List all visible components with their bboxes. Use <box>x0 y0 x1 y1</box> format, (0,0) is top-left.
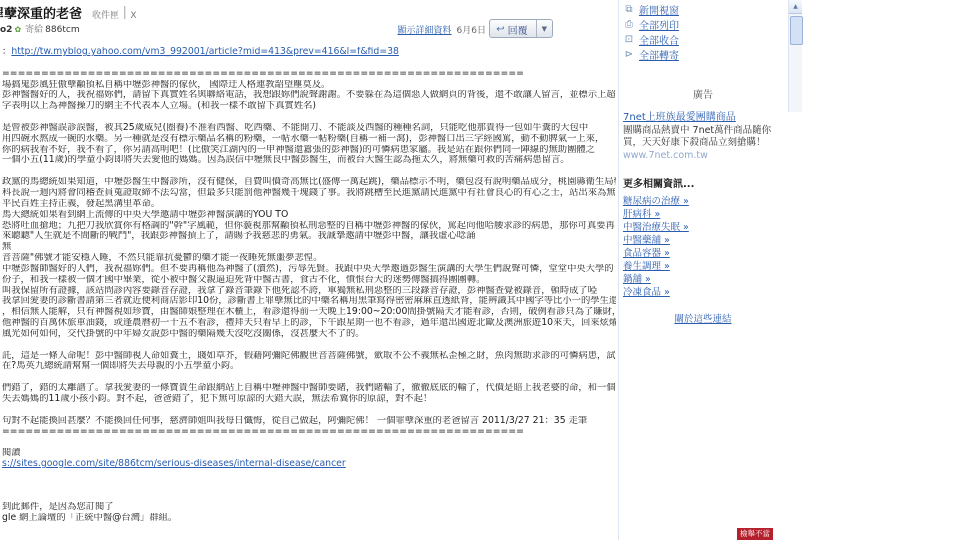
email-body-line <box>2 112 616 123</box>
email-body-line <box>2 340 616 351</box>
remove-label-button[interactable]: X <box>130 11 136 19</box>
sidebar-action: ⊳全部轉寄 <box>622 47 784 62</box>
body-url-link[interactable]: http://tw.myblog.yahoo.com/vm3_992001/ar… <box>11 47 399 57</box>
sidebar-action-link[interactable]: 新開視窗 <box>639 2 679 17</box>
email-body-line <box>2 492 616 503</box>
scrollbar-thumb[interactable] <box>790 16 803 45</box>
email-body-line: 句對不起能換回甚麼？不能換回任何事，慈濟師姐叫我每日懺悔，從自己做起，阿彌陀佛！… <box>2 416 616 427</box>
sender-name[interactable]: o2 <box>0 25 12 35</box>
print-icon: ⎙ <box>623 19 635 30</box>
sidebar-action-link[interactable]: 全部列印 <box>639 17 679 32</box>
email-body-line: 他神醫的百萬休旅車油錢，或逢農曆初一十五不看診，禮拜天只看早上的診，下午跟星期一… <box>2 318 616 329</box>
sidebar-actions: ⧉新開視窗⎙全部列印⊡全部收合⊳全部轉寄 <box>622 0 784 62</box>
meta-right: 顯示詳細資料6月6日 (7 天以前)✎ ↩回覆▼ <box>398 23 544 36</box>
reply-button-group: ↩回覆▼ <box>489 19 553 38</box>
related-link[interactable]: 中醫藥舖 » <box>623 234 784 247</box>
email-body-line: 平民百姓主持正義，發起黑溝里革命。 <box>2 199 616 210</box>
email-body-line: 字表明以上為神醫操刀的網主不代表本人立場。(和我一樣不敢留下真實姓名) <box>2 101 616 112</box>
reply-arrow-icon: ↩ <box>496 24 504 35</box>
sidebar-action: ⎙全部列印 <box>622 17 784 32</box>
email-body-line: 政黨的馬總統如果知道，中壢彭醫生中醫診所，沒有健保，自費叫價奇高無比(盛傳一萬起… <box>2 177 616 188</box>
sidebar-action-link[interactable]: 全部收合 <box>639 32 679 47</box>
subject-row: 罪孽深重的老爸收件匣|X <box>0 3 615 19</box>
email-body-line <box>2 166 616 177</box>
label-separator: | <box>122 3 127 19</box>
ad-title-link[interactable]: 7net上班族最愛團購商品 <box>623 112 736 123</box>
reply-label: 回覆 <box>508 22 528 37</box>
email-body-line: 們錯了，錯的太離譜了。拿我愛妻的一條寶貴生命跟網站上自稱中壢神醫中醫師要賭，我們… <box>2 383 616 394</box>
email-body-line <box>2 372 616 383</box>
sidebar: ⧉新開視窗⎙全部列印⊡全部收合⊳全部轉寄 廣告 7net上班族最愛團購商品 團購… <box>622 0 784 540</box>
email-body-line: 是曾被彭神醫誤診誤醫，被其25歲威兒(圈養)不准看西醫、吃西藥、不能開刀、不能談… <box>2 123 616 134</box>
email-body-line: 彭神醫醫好的人，我祝福妳們，請留下真實姓名與聯絡電話，我想跟妳們說聲謝謝。不要躲… <box>2 90 616 101</box>
sidebar-action: ⧉新開視窗 <box>622 2 784 17</box>
email-body-line: ========================================… <box>2 69 616 80</box>
sidebar-scrollbar[interactable]: ▲ <box>788 0 802 112</box>
inbox-label: 收件匣 <box>92 11 119 19</box>
email-body-line: 我拿回愛妻的診斷書請第三者就近便利商店影印10份，診斷書上罪孽無比的中藥名稱用黑… <box>2 296 616 307</box>
panel-divider <box>618 0 619 540</box>
email-body-line <box>2 470 616 481</box>
email-body-line: ：http://tw.myblog.yahoo.com/vm3_992001/a… <box>2 47 616 58</box>
email-body-line: 叫我保留所有證據，該站問診內容要錄音存證，我拿了錄音筆錄下他死認不誇，單獨無私刑… <box>2 286 616 297</box>
email-body: ：http://tw.myblog.yahoo.com/vm3_992001/a… <box>2 47 616 524</box>
collapse-all-icon: ⊡ <box>623 34 635 45</box>
about-links-row: 關於這些連結 <box>622 311 784 325</box>
related-link[interactable]: 糖尿病の治療 » <box>623 195 784 208</box>
email-body-line: 用四碗水熬成一碗的水藥。另一種就是沒有標示藥品名稱的粉藥，一帖水藥一帖粉藥(自稱… <box>2 134 616 145</box>
email-subject: 罪孽深重的老爸 <box>0 3 82 19</box>
related-link[interactable]: 冷凍食品 » <box>623 286 784 299</box>
about-these-links[interactable]: 關於這些連結 <box>674 314 731 325</box>
email-body-line: 來聽聽"人生就是不間斷的戰鬥"，我跟彭神醫摃上了，請賜予我慈悲的勇氣。我誠摯邀請… <box>2 231 616 242</box>
email-body-line: 中壢彭醫師醫好的人們，我祝福妳們。但不要再稱他為神醫了(瀆然)，污辱先賢。我跟中… <box>2 264 616 275</box>
email-body-line: 失去媽媽的11歲小孩小鈞。對不起，爸爸錯了，犯下無可原諒的大錯大誤，無法希冀你的… <box>2 394 616 405</box>
email-body-line: ========================================… <box>2 427 616 438</box>
sidebar-action: ⊡全部收合 <box>622 32 784 47</box>
ad-text: 團購商品熱賣中 7net萬件商品隨你買，天天好康下殺商品立刻搶購！ <box>623 125 781 149</box>
related-link[interactable]: 肝病科 » <box>623 208 784 221</box>
show-details-link[interactable]: 顯示詳細資料 <box>398 26 452 36</box>
ad-url: www.7net.com.tw <box>623 150 784 161</box>
body-url-link[interactable]: s://sites.google.com/site/886tcm/serious… <box>2 459 346 469</box>
email-body-line <box>2 481 616 492</box>
related-link[interactable]: 食品容器 » <box>623 247 784 260</box>
ad-block: 7net上班族最愛團購商品 團購商品熱賣中 7net萬件商品隨你買，天天好康下殺… <box>622 108 784 161</box>
email-body-line: 場搞鬼彭風狂傲孽顢頇私自稱中壢彭神醫的傢伙， 國際迂人格連教韶望塵莫及。 <box>2 80 616 91</box>
scroll-up-icon[interactable]: ▲ <box>789 0 802 14</box>
reply-button[interactable]: ↩回覆 <box>490 20 535 37</box>
email-body-line <box>2 58 616 69</box>
email-body-line: 到此郵件，是因為您訂閱了 <box>2 502 616 513</box>
email-body-line: 託，這是一條人命呢！彭中醫師視人命如糞土，賤如草芥，假藉阿彌陀佛觀世音菩薩佛號，… <box>2 351 616 362</box>
reply-dropdown-button[interactable]: ▼ <box>536 20 552 37</box>
sender-status-icon: ✿ <box>14 25 21 34</box>
line-prefix: ： <box>2 47 11 57</box>
email-body-line <box>2 405 616 416</box>
email-body-line <box>2 437 616 448</box>
ad-header: 廣告 <box>622 86 784 101</box>
email-body-line: 一個小五(11歲)的學童小鈞即將失去愛他的媽媽。因為誤信中壢無良中醫彭醫生，而被… <box>2 155 616 166</box>
email-body-line: 馬大總統如果看到網上流傳的中央大學邀請中壢彭神醫演講的YOU TO <box>2 210 616 221</box>
email-body-line: 在?馬英九總統請幫幫一個即將失去母親的小五學童小鈞。 <box>2 361 616 372</box>
email-panel: 罪孽深重的老爸收件匣|X o2✿寄給886tcm 顯示詳細資料6月6日 (7 天… <box>0 0 620 540</box>
related-link[interactable]: 鍋舖 » <box>623 273 784 286</box>
email-body-line: 無 <box>2 242 616 253</box>
email-body-line: ，相信無人能解，只有神醫視如珍寶，由醫師娘整理在木櫃上，看診還得前一天晚上19:… <box>2 307 616 318</box>
email-body-line: 科長說一週內將會同稽查員蒐證取締不法勾當，但最多只能罰他神醫幾千塊錢了事。我將跳… <box>2 188 616 199</box>
related-link[interactable]: 養生調理 » <box>623 260 784 273</box>
email-body-line: gle 網上論壇的「正統中醫@台灣」群組。 <box>2 513 616 524</box>
email-body-line: s://sites.google.com/site/886tcm/serious… <box>2 459 616 470</box>
email-body-line: 風光如何如何，交代掛號的中年婦女說彭中醫的藥隔幾天沒吃沒關係，沒甚麼大不了的。 <box>2 329 616 340</box>
email-body-line: 你的病我看不好，我不看了，你另請高明吧！(比傲笑江湖內的一甲神醫還囂張的彭神醫)… <box>2 145 616 156</box>
email-body-line: 音菩薩"佛號才能安穩入睡，不然只能靠抗憂鬱的藥才能一夜睡死無噩夢悲惶。 <box>2 253 616 264</box>
sidebar-action-link[interactable]: 全部轉寄 <box>639 47 679 62</box>
related-links: 糖尿病の治療 »肝病科 »中醫治療失眠 »中醫藥舖 »食品容器 »養生調理 »鍋… <box>622 195 784 299</box>
email-body-line: 閱讀 <box>2 448 616 459</box>
email-body-line: 份子，和我一樣被一個才國中畢業，從小被中醫父親逼迫死背中醫古書，食古不化，憤恨台… <box>2 275 616 286</box>
sender-row: o2✿寄給886tcm 顯示詳細資料6月6日 (7 天以前)✎ ↩回覆▼ <box>0 22 615 38</box>
to-label: 寄給 <box>25 25 43 35</box>
recipient-name: 886tcm <box>45 25 79 35</box>
email-body-line: 恐將吐血搶地；九把刀我欣賞你有格調的"幹"字風範，但你藐視那幫顢頇私刑惡整的自稱… <box>2 221 616 232</box>
forward-all-icon: ⊳ <box>623 49 635 60</box>
report-ad-badge[interactable]: 檢舉不當 <box>737 528 773 540</box>
related-info-header: 更多相關資訊... <box>622 175 784 190</box>
new-window-icon: ⧉ <box>623 4 635 15</box>
related-link[interactable]: 中醫治療失眠 » <box>623 221 784 234</box>
